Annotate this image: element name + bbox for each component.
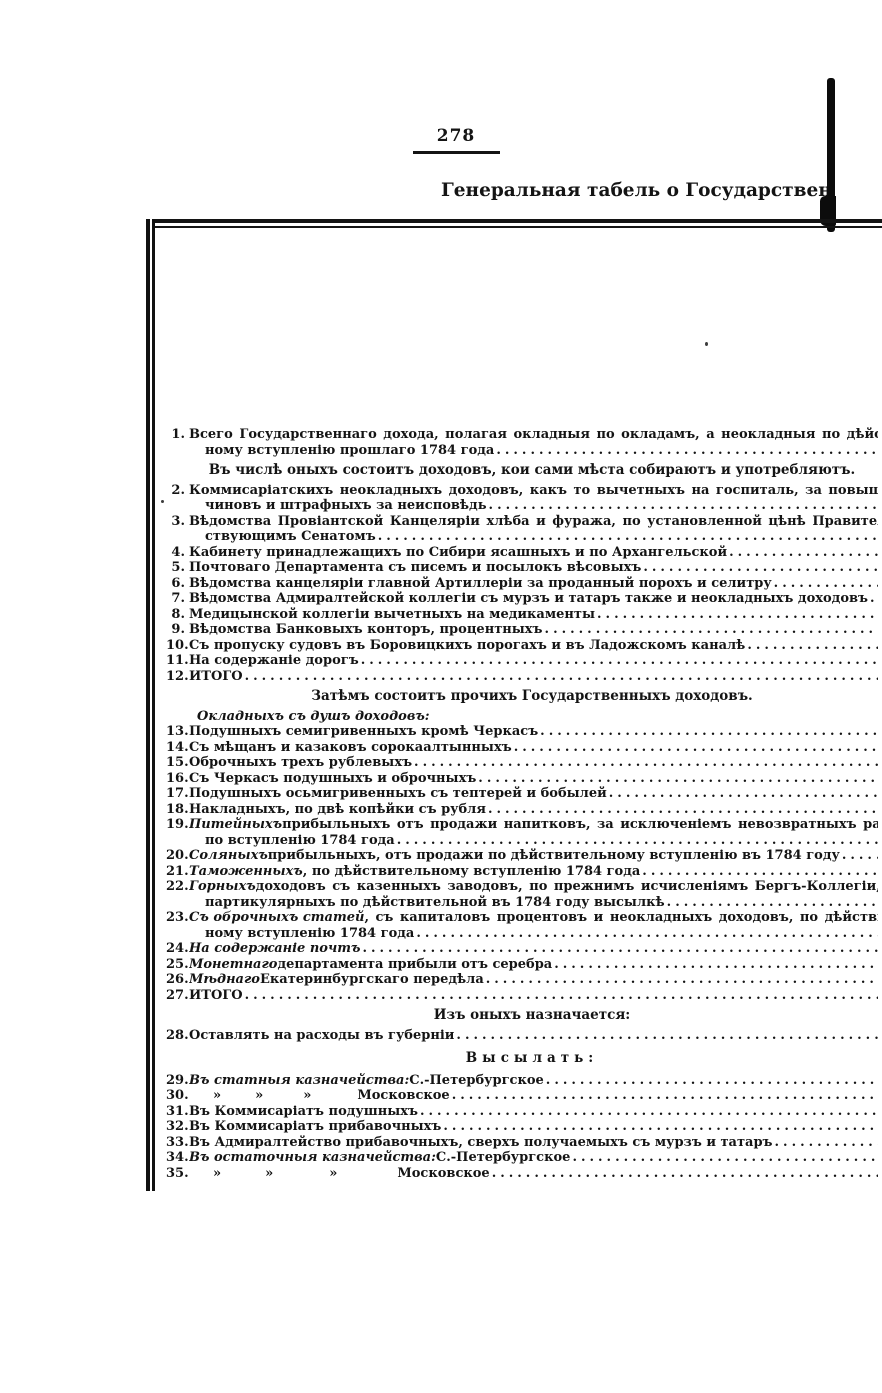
- row-number: 21.: [166, 864, 189, 880]
- row-text: Медицынской коллегіи вычетныхъ на медика…: [189, 607, 878, 623]
- row-number: 2.: [166, 483, 189, 499]
- row-text: Кабинету принадлежащихъ по Сибири ясашны…: [189, 545, 878, 561]
- row-number: 27.: [166, 988, 189, 1004]
- dot-leader: ........................................…: [772, 576, 878, 592]
- ledger-row: 20.Соляныхъ прибыльныхъ, отъ продажи по …: [166, 848, 878, 864]
- dot-leader: ........................................…: [360, 941, 878, 957]
- row-number: 18.: [166, 802, 189, 818]
- ledger-row: 23.Съ оброчныхъ статей, съ капиталовъ пр…: [166, 910, 878, 926]
- row-number: 31.: [166, 1104, 189, 1120]
- row-number: 5.: [166, 560, 189, 576]
- dot-leader: ........................................…: [395, 833, 878, 849]
- ledger-row: 1.Всего Государственнаго дохода, полагая…: [166, 427, 878, 443]
- ledger-row: чиновъ и штрафныхъ за неисповѣдь........…: [166, 498, 878, 514]
- table-frame-left-border: [146, 219, 155, 1191]
- row-number: 26.: [166, 972, 189, 988]
- dot-leader: ........................................…: [640, 864, 878, 880]
- row-text: Подушныхъ семигривенныхъ кромѣ Черкасъ..…: [189, 724, 878, 740]
- dot-leader: ........................................…: [745, 638, 878, 654]
- row-text: Съ мѣщанъ и казаковъ сорокаалтынныхъ....…: [189, 740, 878, 756]
- row-text: ствующимъ Сенатомъ......................…: [189, 529, 878, 545]
- row-text: чиновъ и штрафныхъ за неисповѣдь........…: [189, 498, 878, 514]
- dot-leader: ........................................…: [243, 988, 878, 1004]
- dot-leader: ........................................…: [414, 926, 878, 942]
- dot-leader: ........................................…: [868, 591, 878, 607]
- row-text: Въ остаточныя казначейства: С.-Петербург…: [189, 1150, 878, 1166]
- row-number: 23.: [166, 910, 189, 926]
- ledger-row: 22.Горныхъ доходовъ съ казенныхъ заводов…: [166, 879, 878, 895]
- row-text: »»»Московское...........................…: [189, 1088, 878, 1104]
- scan-speck: [705, 342, 708, 346]
- dot-leader: ........................................…: [412, 755, 878, 771]
- row-number: 11.: [166, 653, 189, 669]
- dot-leader: ........................................…: [641, 560, 878, 576]
- row-text: Вѣдомства Провіантской Канцеляріи хлѣба …: [189, 514, 878, 530]
- row-text: Монетнаго департамента прибыли отъ сереб…: [189, 957, 878, 973]
- dot-leader: ........................................…: [607, 786, 878, 802]
- ledger-row: 26.Мѣднаго Екатеринбургскаго передѣла...…: [166, 972, 878, 988]
- row-number: 25.: [166, 957, 189, 973]
- ledger-row: 29.Въ статныя казначейства: С.-Петербург…: [166, 1073, 878, 1089]
- row-number: 10.: [166, 638, 189, 654]
- row-number: [166, 895, 189, 911]
- ledger-row: 3.Вѣдомства Провіантской Канцеляріи хлѣб…: [166, 514, 878, 530]
- dot-leader: ........................................…: [727, 545, 878, 561]
- dot-leader: ........................................…: [243, 669, 878, 685]
- row-text: »»»Московское...........................…: [189, 1166, 878, 1182]
- row-text: Почтоваго Департамента съ писемъ и посыл…: [189, 560, 878, 576]
- dot-leader: ........................................…: [773, 1135, 878, 1151]
- row-text: Таможенныхъ, по дѣйствительному вступлен…: [189, 864, 878, 880]
- row-number: 16.: [166, 771, 189, 787]
- row-number: [166, 833, 189, 849]
- row-text: Съ пропуску судовъ въ Боровицкихъ порога…: [189, 638, 878, 654]
- ledger-row: 30.»»»Московское........................…: [166, 1088, 878, 1104]
- row-text: Съ Черкасъ подушныхъ и оброчныхъ........…: [189, 771, 878, 787]
- dot-leader: ........................................…: [490, 1166, 878, 1182]
- section-heading: Въ числѣ оныхъ состоитъ доходовъ, кои са…: [166, 463, 878, 479]
- row-text: Съ оброчныхъ статей, съ капиталовъ проце…: [189, 910, 878, 926]
- dot-leader: ........................................…: [544, 1073, 878, 1089]
- ledger-row: 21.Таможенныхъ, по дѣйствительному вступ…: [166, 864, 878, 880]
- section-heading: Изъ оныхъ назначается:: [166, 1008, 878, 1024]
- dot-leader: ........................................…: [484, 972, 878, 988]
- row-number: 3.: [166, 514, 189, 530]
- section-heading: Затѣмъ состоитъ прочихъ Государственныхъ…: [166, 689, 878, 705]
- sub-heading: Окладныхъ съ душъ доходовъ:: [166, 709, 878, 725]
- row-text: Соляныхъ прибыльныхъ, отъ продажи по дѣй…: [189, 848, 878, 864]
- row-text: Въ Адмиралтейство прибавочныхъ, сверхъ п…: [189, 1135, 878, 1151]
- scanned-document-page: 278 Генеральная табель о Государственных…: [0, 0, 882, 1393]
- row-text: Въ статныя казначейства: С.-Петербургско…: [189, 1073, 878, 1089]
- row-number: 35.: [166, 1166, 189, 1182]
- row-number: 9.: [166, 622, 189, 638]
- row-text: Вѣдомства канцеляріи главной Артиллеріи …: [189, 576, 878, 592]
- ledger-row: 35.»»»Московское........................…: [166, 1166, 878, 1182]
- row-number: 6.: [166, 576, 189, 592]
- row-number: 20.: [166, 848, 189, 864]
- ledger-row: 34.Въ остаточныя казначейства: С.-Петерб…: [166, 1150, 878, 1166]
- row-text: ному вступленію прошлаго 1784 года......…: [189, 443, 878, 459]
- row-text: по вступленію 1784 года.................…: [189, 833, 878, 849]
- ledger-row: 9.Вѣдомства Банковыхъ конторъ, процентны…: [166, 622, 878, 638]
- row-text: Вѣдомства Банковыхъ конторъ, процентныхъ…: [189, 622, 878, 638]
- row-number: 29.: [166, 1073, 189, 1089]
- ledger-row: 8.Медицынской коллегіи вычетныхъ на меди…: [166, 607, 878, 623]
- row-number: [166, 498, 189, 514]
- ledger-row: 18.Накладныхъ, по двѣ копѣйки съ рубля..…: [166, 802, 878, 818]
- dot-leader: ........................................…: [359, 653, 878, 669]
- row-text: Коммисаріатскихъ неокладныхъ доходовъ, к…: [189, 483, 878, 499]
- row-text: ИТОГО...................................…: [189, 988, 878, 1004]
- ledger-row: 24.На содержаніе почтъ..................…: [166, 941, 878, 957]
- ledger-row: 32.Въ Коммисаріатъ прибавочныхъ.........…: [166, 1119, 878, 1135]
- row-number: 13.: [166, 724, 189, 740]
- ledger-row: 17.Подушныхъ осьмигривенныхъ съ тептерей…: [166, 786, 878, 802]
- dot-leader: ........................................…: [487, 498, 878, 514]
- row-text: На содержаніе дорогъ....................…: [189, 653, 878, 669]
- row-number: 1.: [166, 427, 189, 443]
- table-frame-top-border: [146, 219, 882, 223]
- dot-leader: ........................................…: [418, 1104, 878, 1120]
- dot-leader: ........................................…: [538, 724, 878, 740]
- ledger-row: 4.Кабинету принадлежащихъ по Сибири ясаш…: [166, 545, 878, 561]
- row-number: 8.: [166, 607, 189, 623]
- row-text: Въ Коммисаріатъ подушныхъ...............…: [189, 1104, 878, 1120]
- dot-leader: ........................................…: [570, 1150, 878, 1166]
- ledger-row: 10.Съ пропуску судовъ въ Боровицкихъ пор…: [166, 638, 878, 654]
- ledger-row: 7.Вѣдомства Адмиралтейской коллегіи съ м…: [166, 591, 878, 607]
- dot-leader: ........................................…: [840, 848, 878, 864]
- row-text: Всего Государственнаго дохода, полагая о…: [189, 427, 878, 443]
- ledger-row: ствующимъ Сенатомъ......................…: [166, 529, 878, 545]
- dot-leader: ........................................…: [476, 771, 878, 787]
- row-text: Оброчныхъ трехъ рублевыхъ...............…: [189, 755, 878, 771]
- ledger-row: 16.Съ Черкасъ подушныхъ и оброчныхъ.....…: [166, 771, 878, 787]
- ledger-row: 12.ИТОГО................................…: [166, 669, 878, 685]
- row-number: 4.: [166, 545, 189, 561]
- dot-leader: ........................................…: [450, 1088, 878, 1104]
- dot-leader: ........................................…: [376, 529, 878, 545]
- row-number: 12.: [166, 669, 189, 685]
- dot-leader: ........................................…: [441, 1119, 878, 1135]
- dot-leader: ........................................…: [486, 802, 878, 818]
- page-number-rule: [413, 151, 500, 154]
- ledger-row: 2.Коммисаріатскихъ неокладныхъ доходовъ,…: [166, 483, 878, 499]
- row-text: Мѣднаго Екатеринбургскаго передѣла......…: [189, 972, 878, 988]
- row-number: [166, 709, 189, 725]
- document-title: Генеральная табель о Государственныхъ: [441, 180, 830, 204]
- ledger-row: ному вступленію прошлаго 1784 года......…: [166, 443, 878, 459]
- dot-leader: ........................................…: [543, 622, 878, 638]
- row-text: ному вступленію 1784 года...............…: [189, 926, 878, 942]
- row-number: 32.: [166, 1119, 189, 1135]
- row-text: партикулярныхъ по дѣйствительной въ 1784…: [189, 895, 878, 911]
- ledger-row: 14.Съ мѣщанъ и казаковъ сорокаалтынныхъ.…: [166, 740, 878, 756]
- row-text: Въ Коммисаріатъ прибавочныхъ............…: [189, 1119, 878, 1135]
- row-text: Подушныхъ осьмигривенныхъ съ тептерей и …: [189, 786, 878, 802]
- row-number: 30.: [166, 1088, 189, 1104]
- ledger-row: 15.Оброчныхъ трехъ рублевыхъ............…: [166, 755, 878, 771]
- ledger-row: 31.Въ Коммисаріатъ подушныхъ............…: [166, 1104, 878, 1120]
- row-text: Вѣдомства Адмиралтейской коллегіи съ мур…: [189, 591, 878, 607]
- row-number: 7.: [166, 591, 189, 607]
- dot-leader: ........................................…: [512, 740, 878, 756]
- ledger-rows: 1.Всего Государственнаго дохода, полагая…: [166, 427, 878, 1181]
- row-number: 19.: [166, 817, 189, 833]
- ledger-row: по вступленію 1784 года.................…: [166, 833, 878, 849]
- ledger-row: 5.Почтоваго Департамента съ писемъ и пос…: [166, 560, 878, 576]
- row-text: Окладныхъ съ душъ доходовъ:: [189, 709, 878, 725]
- row-text: Оставлять на расходы въ губерніи........…: [189, 1028, 878, 1044]
- dot-leader: ........................................…: [494, 443, 878, 459]
- ledger-row: 25.Монетнаго департамента прибыли отъ се…: [166, 957, 878, 973]
- ledger-row: партикулярныхъ по дѣйствительной въ 1784…: [166, 895, 878, 911]
- row-text: Накладныхъ, по двѣ копѣйки съ рубля.....…: [189, 802, 878, 818]
- ledger-row: 27.ИТОГО................................…: [166, 988, 878, 1004]
- row-number: 28.: [166, 1028, 189, 1044]
- row-number: [166, 443, 189, 459]
- row-number: 24.: [166, 941, 189, 957]
- page-number: 278: [381, 126, 531, 146]
- row-number: 14.: [166, 740, 189, 756]
- row-number: 17.: [166, 786, 189, 802]
- ledger-row: 28.Оставлять на расходы въ губерніи.....…: [166, 1028, 878, 1044]
- row-number: [166, 529, 189, 545]
- row-text: Горныхъ доходовъ съ казенныхъ заводовъ, …: [189, 879, 878, 895]
- dot-leader: ........................................…: [454, 1028, 878, 1044]
- row-text: ИТОГО...................................…: [189, 669, 878, 685]
- dot-leader: ........................................…: [552, 957, 878, 973]
- ledger-row: 6.Вѣдомства канцеляріи главной Артиллері…: [166, 576, 878, 592]
- ledger-row: 11.На содержаніе дорогъ.................…: [166, 653, 878, 669]
- row-number: [166, 926, 189, 942]
- ledger-row: ному вступленію 1784 года...............…: [166, 926, 878, 942]
- scan-speck: [161, 500, 164, 503]
- row-number: 34.: [166, 1150, 189, 1166]
- ledger-row: 33.Въ Адмиралтейство прибавочныхъ, сверх…: [166, 1135, 878, 1151]
- row-text: Питейныхъ прибыльныхъ отъ продажи напитк…: [189, 817, 878, 833]
- ledger-row: 19.Питейныхъ прибыльныхъ отъ продажи нап…: [166, 817, 878, 833]
- dot-leader: ........................................…: [665, 895, 878, 911]
- dot-leader: ........................................…: [595, 607, 878, 623]
- table-frame-top-inner-border: [154, 226, 882, 228]
- ledger-row: 13.Подушныхъ семигривенныхъ кромѣ Черкас…: [166, 724, 878, 740]
- row-number: 22.: [166, 879, 189, 895]
- row-number: 15.: [166, 755, 189, 771]
- section-heading: Высылать:: [166, 1051, 878, 1067]
- row-number: 33.: [166, 1135, 189, 1151]
- row-text: На содержаніе почтъ.....................…: [189, 941, 878, 957]
